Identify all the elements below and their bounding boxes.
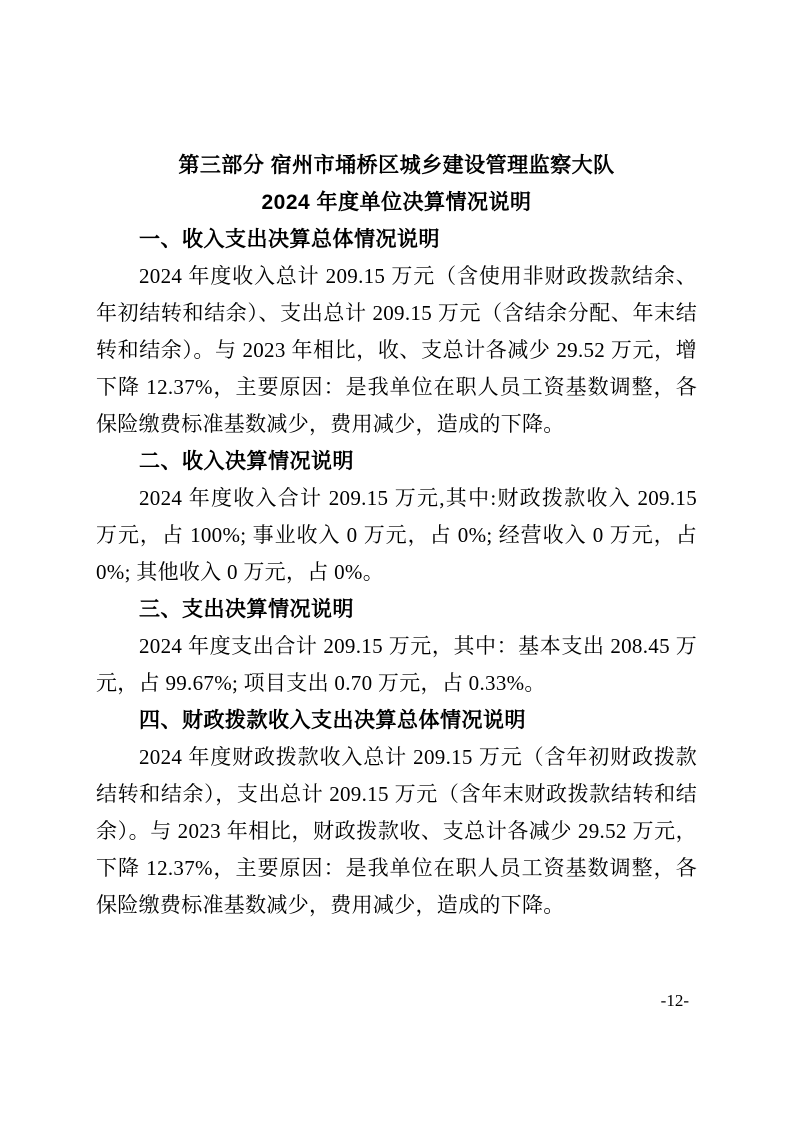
paragraph-line: 转和结余）。与 2023 年相比，收、支总计各减少 29.52 万元，增 bbox=[96, 332, 697, 369]
paragraph-line: 0%; 其他收入 0 万元，占 0%。 bbox=[96, 554, 697, 591]
paragraph-line: 2024 年度支出合计 209.15 万元，其中：基本支出 208.45 万 bbox=[96, 628, 697, 665]
paragraph-line: 年初结转和结余）、支出总计 209.15 万元（含结余分配、年末结 bbox=[96, 295, 697, 332]
paragraph-line: 2024 年度财政拨款收入总计 209.15 万元（含年初财政拨款 bbox=[96, 739, 697, 776]
paragraph-line: 下降 12.37%，主要原因：是我单位在职人员工资基数调整，各项 bbox=[96, 850, 697, 887]
document-body: 第三部分 宿州市埇桥区城乡建设管理监察大队 2024 年度单位决算情况说明 一、… bbox=[96, 147, 697, 924]
paragraph-line: 万元，占 100%; 事业收入 0 万元，占 0%; 经营收入 0 万元，占 bbox=[96, 517, 697, 554]
doc-title-part: 第三部分 宿州市埇桥区城乡建设管理监察大队 bbox=[96, 147, 697, 184]
section-heading-4: 四、财政拨款收入支出决算总体情况说明 bbox=[96, 702, 697, 739]
paragraph-line: 元，占 99.67%; 项目支出 0.70 万元，占 0.33%。 bbox=[96, 665, 697, 702]
paragraph-line: 余）。与 2023 年相比，财政拨款收、支总计各减少 29.52 万元， bbox=[96, 813, 697, 850]
paragraph-line: 保险缴费标准基数减少，费用减少，造成的下降。 bbox=[96, 887, 697, 924]
doc-title-sub: 2024 年度单位决算情况说明 bbox=[96, 184, 697, 221]
section-heading-3: 三、支出决算情况说明 bbox=[96, 591, 697, 628]
document-page: 第三部分 宿州市埇桥区城乡建设管理监察大队 2024 年度单位决算情况说明 一、… bbox=[0, 0, 793, 1122]
paragraph-line: 结转和结余），支出总计 209.15 万元（含年末财政拨款结转和结 bbox=[96, 776, 697, 813]
section-heading-1: 一、收入支出决算总体情况说明 bbox=[96, 221, 697, 258]
section-heading-2: 二、收入决算情况说明 bbox=[96, 443, 697, 480]
paragraph-line: 2024 年度收入总计 209.15 万元（含使用非财政拨款结余、 bbox=[96, 258, 697, 295]
paragraph-line: 下降 12.37%，主要原因：是我单位在职人员工资基数调整，各项 bbox=[96, 369, 697, 406]
page-number: -12- bbox=[661, 991, 689, 1011]
paragraph-line: 保险缴费标准基数减少，费用减少，造成的下降。 bbox=[96, 406, 697, 443]
paragraph-line: 2024 年度收入合计 209.15 万元,其中:财政拨款收入 209.15 bbox=[96, 480, 697, 517]
